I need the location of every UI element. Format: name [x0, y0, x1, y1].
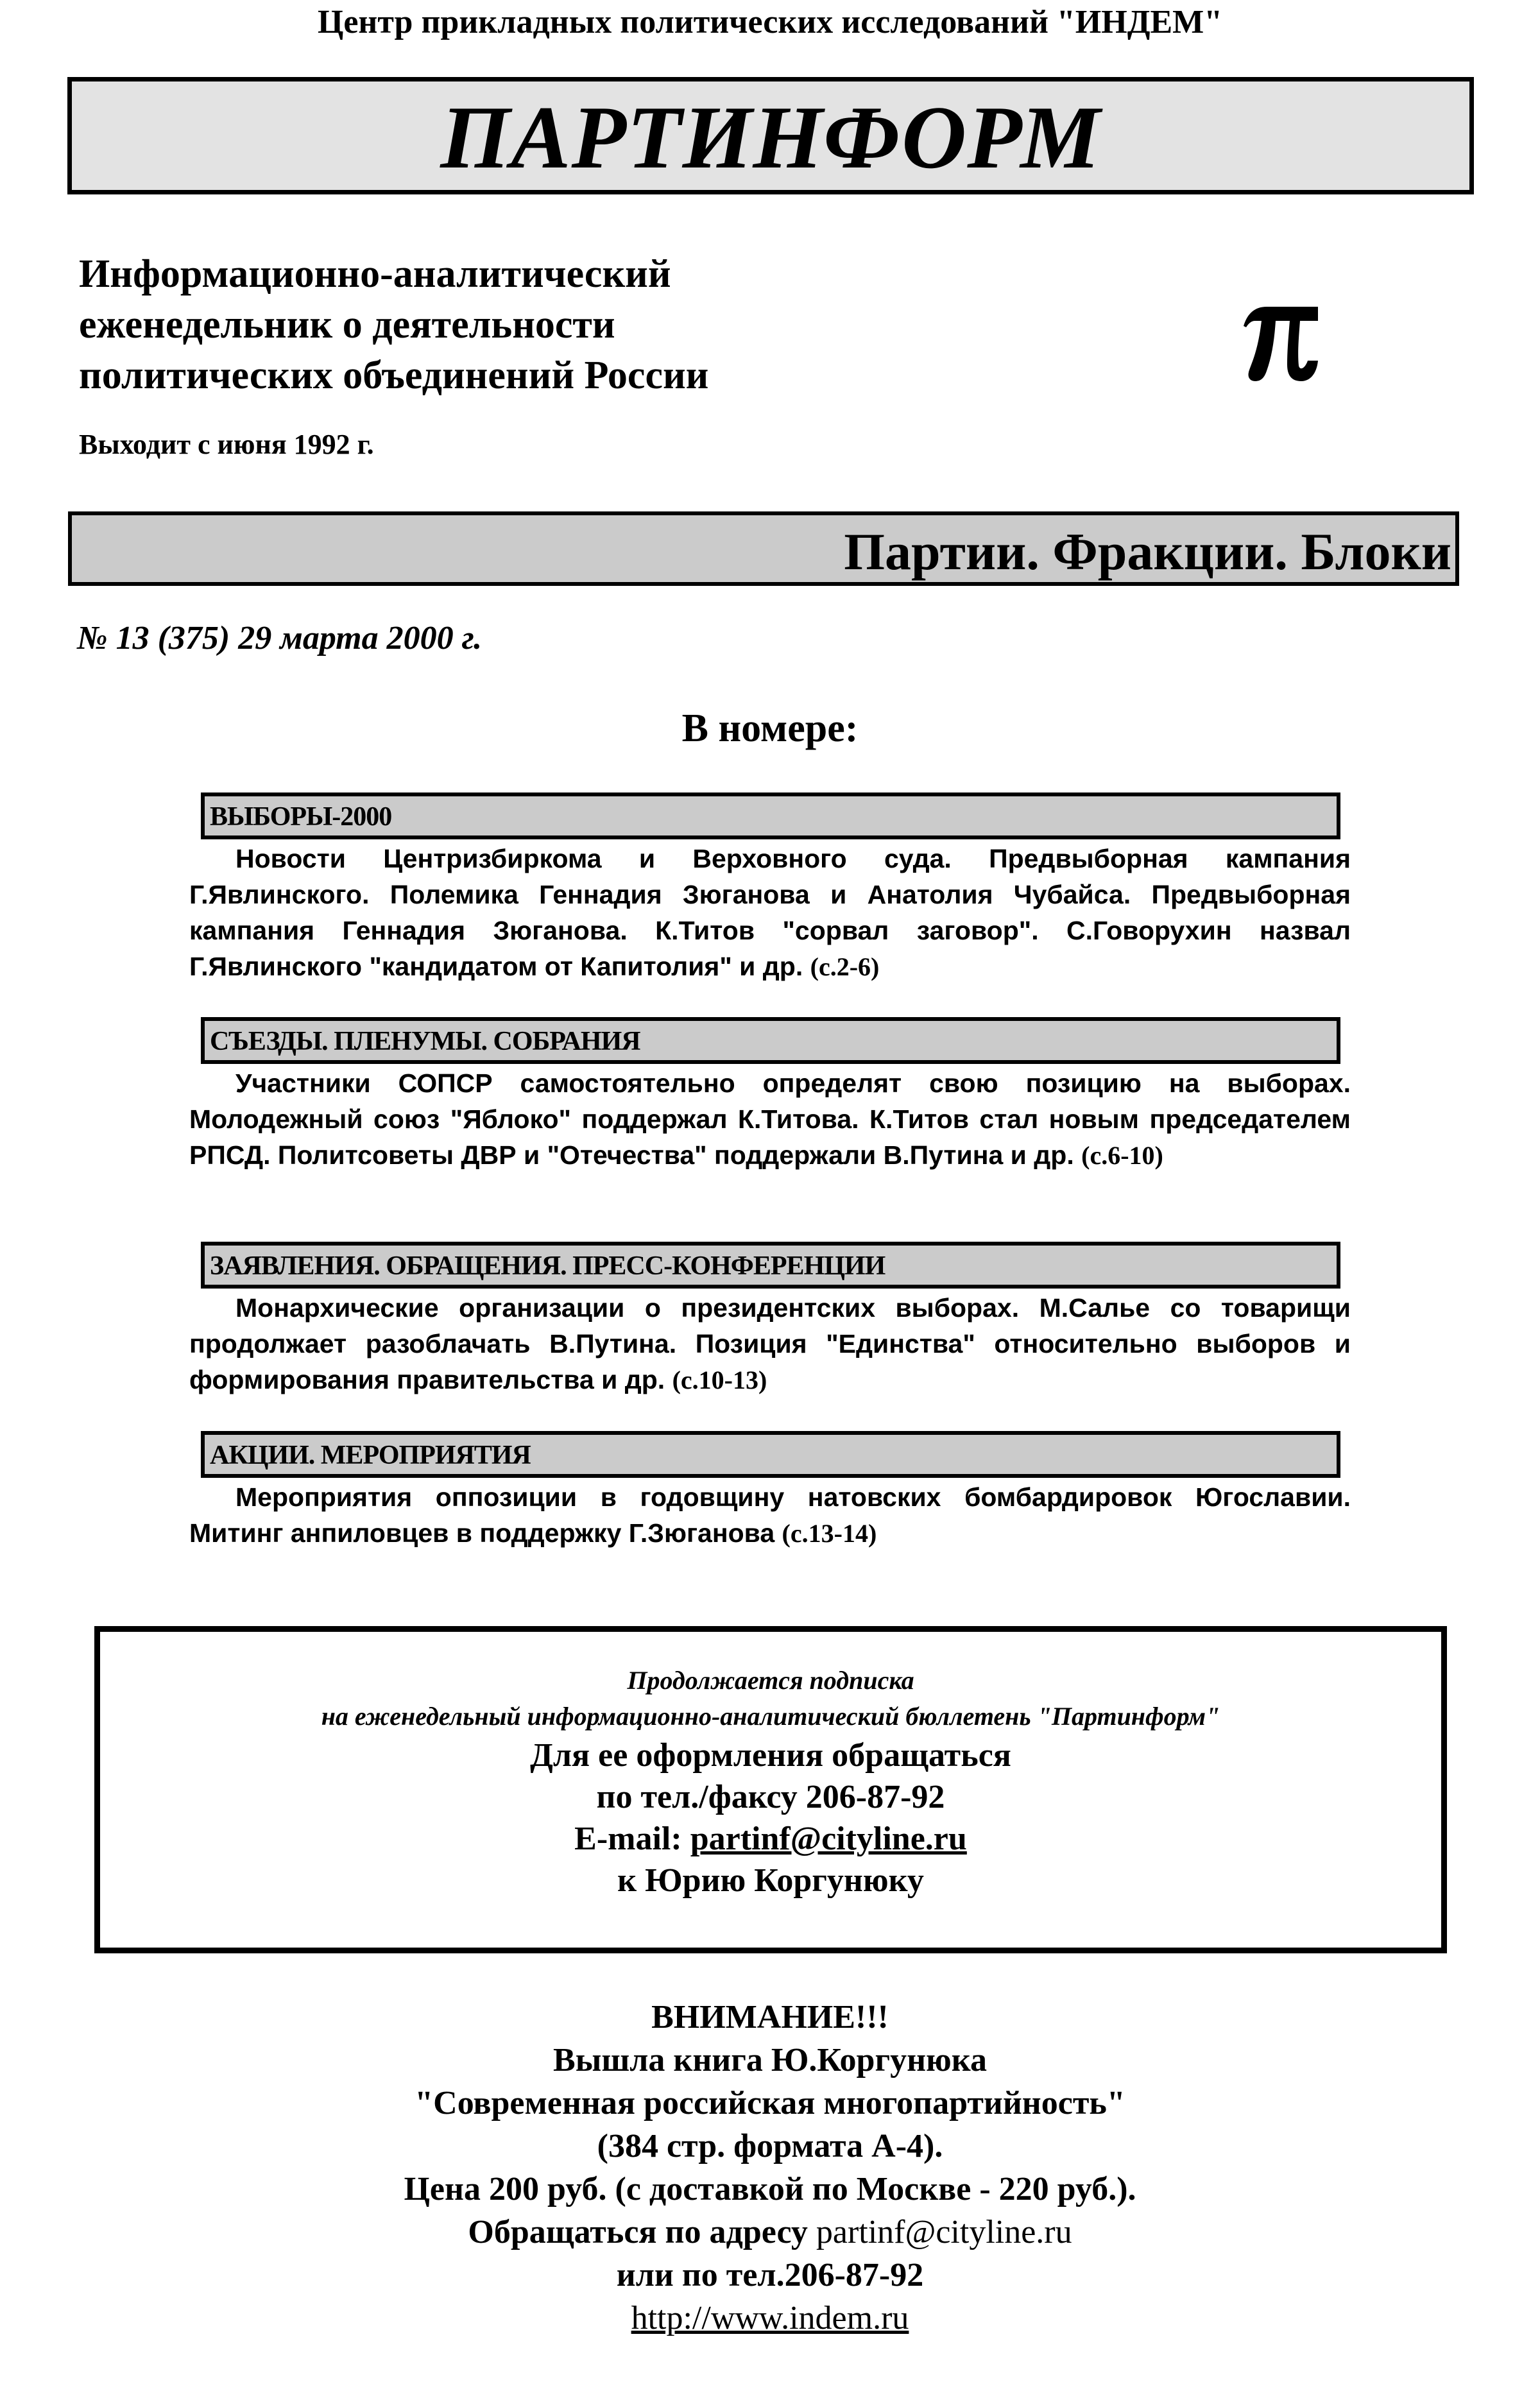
section-title: ЗАЯВЛЕНИЯ. ОБРАЩЕНИЯ. ПРЕСС-КОНФЕРЕНЦИИ — [210, 1249, 885, 1283]
contents-section: АКЦИИ. МЕРОПРИЯТИЯ Мероприятия оппозиции… — [189, 1431, 1351, 1552]
section-summary: Мероприятия оппозиции в годовщину натовс… — [189, 1479, 1351, 1552]
subscription-notice: Продолжается подписка на еженедельный ин… — [94, 1626, 1447, 1953]
section-header-bar: АКЦИИ. МЕРОПРИЯТИЯ — [201, 1431, 1340, 1478]
contact-line: Обращаться по адресу partinf@cityline.ru — [0, 2211, 1540, 2254]
issue-number-date: № 13 (375) 29 марта 2000 г. — [77, 619, 482, 658]
subscription-phone: по тел./факсу 206-87-92 — [100, 1776, 1441, 1818]
summary-text: Новости Центризбиркома и Верховного суда… — [189, 844, 1351, 981]
page-range: (с.6-10) — [1081, 1141, 1163, 1170]
summary-text: Монархические организации о президентски… — [189, 1293, 1351, 1394]
subscription-contact-person: к Юрию Коргунюку — [100, 1860, 1441, 1901]
masthead-box: ПАРТИНФОРМ — [67, 77, 1474, 194]
subtitle-line: политических объединений России — [79, 350, 708, 401]
contact-phone: или по тел.206-87-92 — [0, 2254, 1540, 2297]
book-price: Цена 200 руб. (с доставкой по Москве - 2… — [0, 2168, 1540, 2211]
section-header-bar: ЗАЯВЛЕНИЯ. ОБРАЩЕНИЯ. ПРЕСС-КОНФЕРЕНЦИИ — [201, 1242, 1340, 1289]
subscription-line: Продолжается подписка — [100, 1663, 1441, 1699]
book-title: "Современная российская многопартийность… — [0, 2082, 1540, 2125]
contact-email[interactable]: partinf@cityline.ru — [816, 2214, 1072, 2250]
section-title: СЪЕЗДЫ. ПЛЕНУМЫ. СОБРАНИЯ — [210, 1025, 640, 1058]
contact-label: Обращаться по адресу — [468, 2214, 816, 2250]
rubric-banner: Партии. Фракции. Блоки — [68, 511, 1459, 586]
section-summary: Участники СОПСР самостоятельно определят… — [189, 1065, 1351, 1174]
contents-heading: В номере: — [0, 706, 1540, 751]
section-title: ВЫБОРЫ-2000 — [210, 800, 391, 834]
email-link[interactable]: partinf@cityline.ru — [690, 1821, 967, 1857]
pi-icon — [1238, 302, 1322, 385]
page-range: (с.13-14) — [782, 1519, 877, 1548]
subtitle-line: еженедельник о деятельности — [79, 300, 708, 350]
website-link[interactable]: http://www.indem.ru — [631, 2300, 909, 2336]
publication-subtitle: Информационно-аналитический еженедельник… — [79, 249, 708, 401]
page-range: (с.2-6) — [810, 952, 880, 981]
publication-since: Выходит с июня 1992 г. — [79, 429, 374, 461]
subscription-email-line: E-mail: partinf@cityline.ru — [100, 1818, 1441, 1860]
contents-section: ЗАЯВЛЕНИЯ. ОБРАЩЕНИЯ. ПРЕСС-КОНФЕРЕНЦИИ … — [189, 1242, 1351, 1398]
subscription-line: на еженедельный информационно-аналитичес… — [100, 1699, 1441, 1735]
subscription-line: Для ее оформления обращаться — [100, 1735, 1441, 1776]
rubric-title: Партии. Фракции. Блоки — [844, 523, 1451, 581]
section-header-bar: СЪЕЗДЫ. ПЛЕНУМЫ. СОБРАНИЯ — [201, 1017, 1340, 1064]
section-header-bar: ВЫБОРЫ-2000 — [201, 793, 1340, 839]
page-range: (с.10-13) — [672, 1366, 767, 1394]
summary-text: Мероприятия оппозиции в годовщину натовс… — [189, 1482, 1351, 1548]
email-label: E-mail: — [574, 1821, 690, 1857]
section-title: АКЦИИ. МЕРОПРИЯТИЯ — [210, 1439, 531, 1472]
announcement-line: Вышла книга Ю.Коргунюка — [0, 2039, 1540, 2082]
section-summary: Монархические организации о президентски… — [189, 1290, 1351, 1398]
subtitle-line: Информационно-аналитический — [79, 249, 708, 300]
summary-text: Участники СОПСР самостоятельно определят… — [189, 1068, 1351, 1170]
masthead-title: ПАРТИНФОРМ — [72, 93, 1469, 183]
book-announcement: ВНИМАНИЕ!!! Вышла книга Ю.Коргунюка "Сов… — [0, 1996, 1540, 2340]
website-line: http://www.indem.ru — [0, 2297, 1540, 2340]
attention-heading: ВНИМАНИЕ!!! — [0, 1996, 1540, 2039]
contents-section: СЪЕЗДЫ. ПЛЕНУМЫ. СОБРАНИЯ Участники СОПС… — [189, 1017, 1351, 1174]
book-format: (384 стр. формата А-4). — [0, 2125, 1540, 2168]
contents-section: ВЫБОРЫ-2000 Новости Центризбиркома и Вер… — [189, 793, 1351, 985]
organization-name: Центр прикладных политических исследован… — [0, 0, 1540, 45]
section-summary: Новости Центризбиркома и Верховного суда… — [189, 841, 1351, 985]
